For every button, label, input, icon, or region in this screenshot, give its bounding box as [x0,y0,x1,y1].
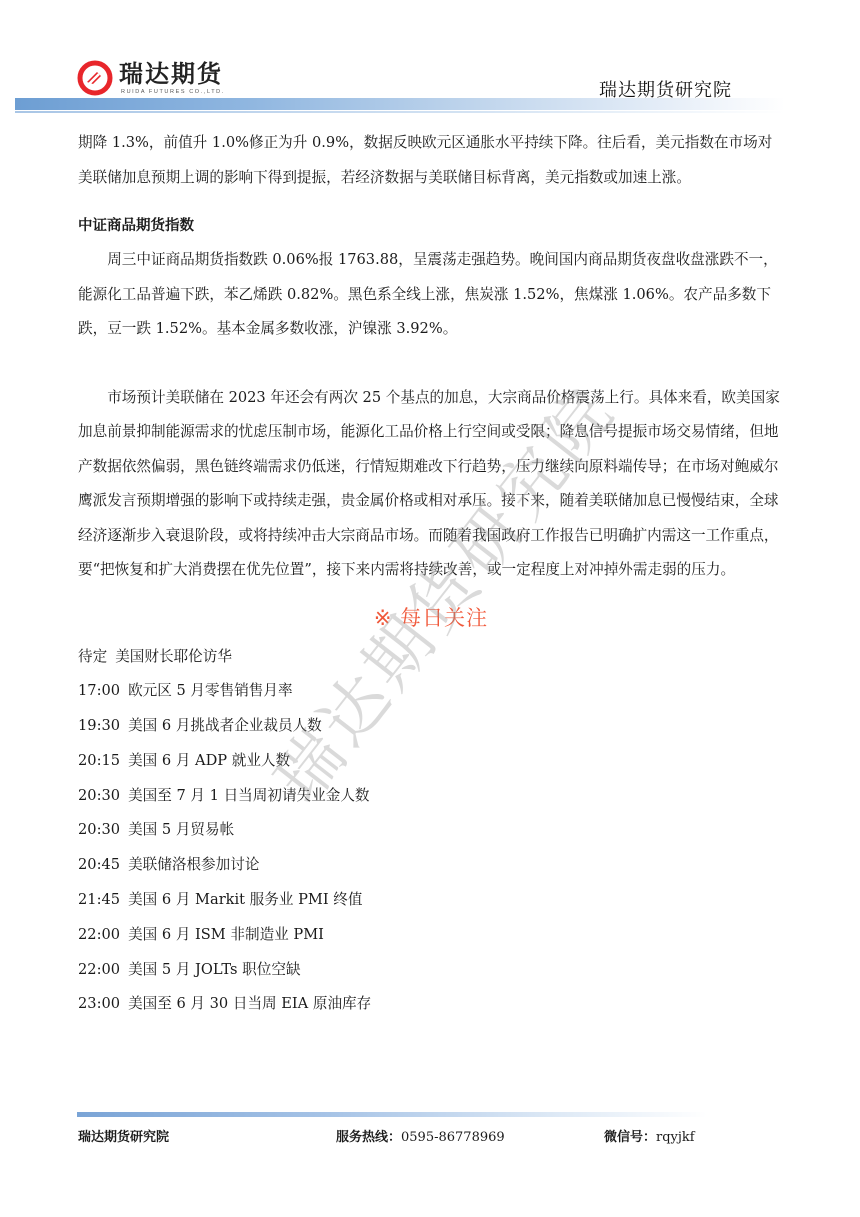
event-text: 美国至 7 月 1 日当周初请失业金人数 [128,787,369,804]
section-paragraph-1: 周三中证商品期货指数跌 0.06%报 1763.88，呈震荡走强趋势。晚间国内商… [78,243,784,347]
event-time: 20:45 [78,856,120,873]
document-body: 期降 1.3%，前值升 1.0%修正为升 0.9%，数据反映欧元区通胀水平持续下… [78,126,784,1022]
event-time: 22:00 [78,926,120,943]
event-text: 美国 6 月挑战者企业裁员人数 [128,717,322,734]
event-item: 20:30美国 5 月贸易帐 [78,813,784,848]
event-text: 欧元区 5 月零售销售月率 [128,682,293,699]
event-item: 21:45美国 6 月 Markit 服务业 PMI 终值 [78,883,784,918]
event-time: 23:00 [78,995,120,1012]
event-time: 20:15 [78,752,120,769]
event-text: 美国 5 月 JOLTs 职位空缺 [128,961,300,978]
wechat-label: 微信号： [604,1130,656,1145]
page-header: 瑞达期货 RUIDA FUTURES CO.,LTD. 瑞达期货研究院 [0,0,860,120]
event-item: 22:00美国 6 月 ISM 非制造业 PMI [78,918,784,953]
event-item: 23:00美国至 6 月 30 日当周 EIA 原油库存 [78,987,784,1022]
event-item: 17:00欧元区 5 月零售销售月率 [78,674,784,709]
event-time: 21:45 [78,891,120,908]
footer-hotline: 服务热线：0595-86778969 [336,1126,505,1145]
company-logo: 瑞达期货 RUIDA FUTURES CO.,LTD. [77,60,225,100]
event-text: 美国至 6 月 30 日当周 EIA 原油库存 [128,995,371,1012]
event-time: 22:00 [78,961,120,978]
event-time: 17:00 [78,682,120,699]
logo-english-name: RUIDA FUTURES CO.,LTD. [121,88,225,96]
section-paragraph-2: 市场预计美联储在 2023 年还会有两次 25 个基点的加息，大宗商品价格震荡上… [78,381,784,588]
footer-wechat: 微信号：rqyjkf [604,1126,695,1145]
intro-paragraph: 期降 1.3%，前值升 1.0%修正为升 0.9%，数据反映欧元区通胀水平持续下… [78,126,784,195]
wechat-id: rqyjkf [656,1130,695,1145]
event-item: 22:00美国 5 月 JOLTs 职位空缺 [78,953,784,988]
event-text: 美国 6 月 Markit 服务业 PMI 终值 [128,891,362,908]
event-item: 19:30美国 6 月挑战者企业裁员人数 [78,709,784,744]
event-item: 待定美国财长耶伦访华 [78,640,784,675]
event-time: 待定 [78,648,107,665]
ruida-logo-icon [77,60,113,96]
header-divider-line [15,111,785,113]
daily-focus-title: ※ 每日关注 [78,598,784,638]
event-text: 美国 6 月 ADP 就业人数 [128,752,290,769]
event-item: 20:45美联储洛根参加讨论 [78,848,784,883]
footer-org: 瑞达期货研究院 [78,1126,169,1145]
header-divider-bar [15,98,785,110]
event-text: 美国 5 月贸易帐 [128,821,234,838]
event-text: 美国 6 月 ISM 非制造业 PMI [128,926,324,943]
paragraph-spacer [78,347,784,381]
event-item: 20:15美国 6 月 ADP 就业人数 [78,744,784,779]
section-title: 中证商品期货指数 [78,209,784,243]
event-time: 20:30 [78,821,120,838]
event-item: 20:30美国至 7 月 1 日当周初请失业金人数 [78,779,784,814]
hotline-label: 服务热线： [336,1130,401,1145]
footer-divider-bar [77,1112,707,1117]
hotline-number: 0595-86778969 [401,1130,505,1145]
event-time: 20:30 [78,787,120,804]
event-time: 19:30 [78,717,120,734]
event-list: 待定美国财长耶伦访华 17:00欧元区 5 月零售销售月率 19:30美国 6 … [78,640,784,1023]
logo-chinese-name: 瑞达期货 [119,60,225,88]
event-text: 美国财长耶伦访华 [115,648,232,665]
event-text: 美联储洛根参加讨论 [128,856,259,873]
